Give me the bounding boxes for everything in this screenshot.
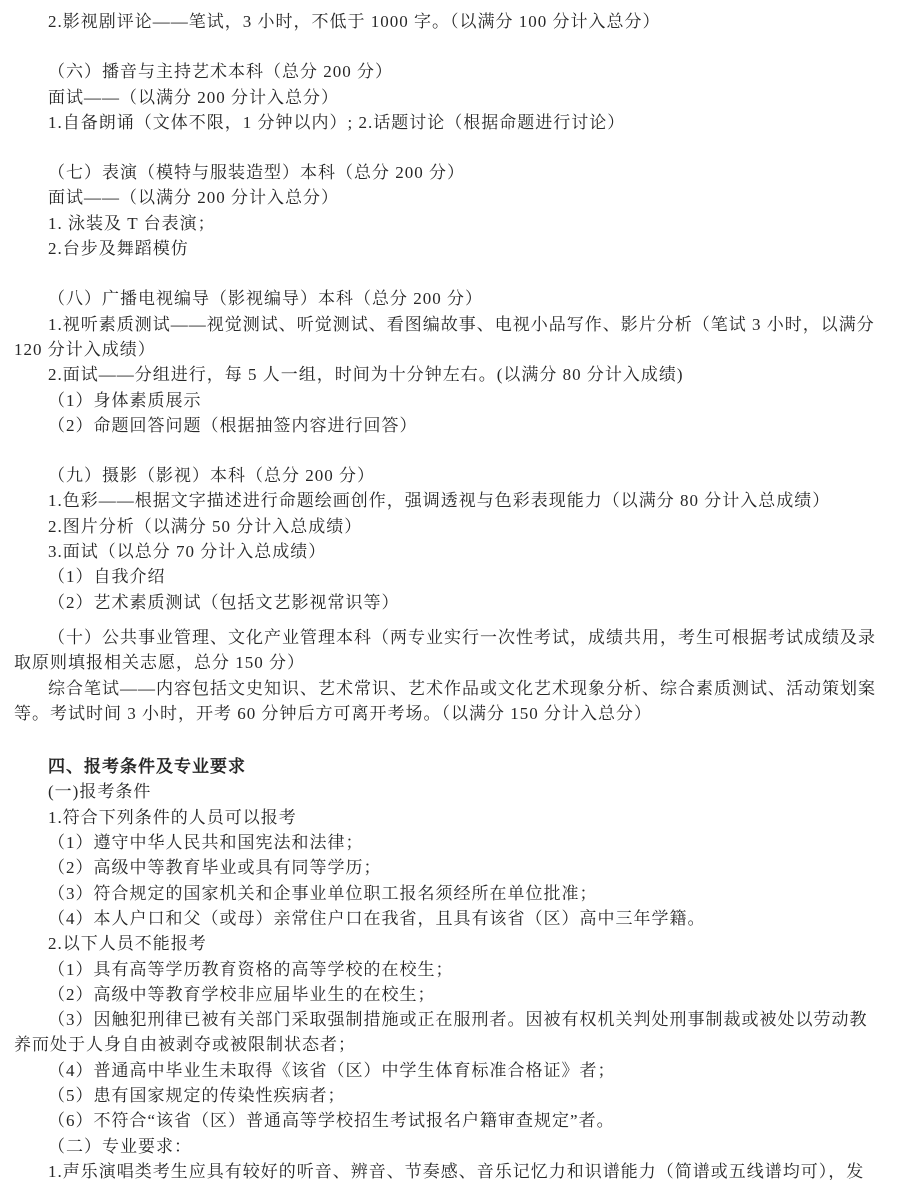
section-8-sub-item-2: （2）命题回答问题（根据抽签内容进行回答）: [14, 413, 885, 438]
section-6-interview-line: 面试——（以满分 200 分计入总分）: [14, 85, 885, 110]
ineligible-item-4: （4）普通高中毕业生未取得《该省（区）中学生体育标准合格证》者；: [14, 1058, 885, 1083]
eligible-item-4: （4）本人户口和父（或母）亲常住户口在我省，且具有该省（区）高中三年学籍。: [14, 906, 885, 931]
section-8-item-1: 1.视听素质测试——视觉测试、听觉测试、看图编故事、电视小品写作、影片分析（笔试…: [14, 312, 885, 363]
section-8-item-2: 2.面试——分组进行，每 5 人一组，时间为十分钟左右。(以满分 80 分计入成…: [14, 362, 885, 387]
professional-requirements-subhead: （二）专业要求：: [14, 1134, 885, 1159]
ineligible-item-2: （2）高级中等教育学校非应届毕业生的在校生；: [14, 982, 885, 1007]
ineligible-item-5: （5）患有国家规定的传染性疾病者；: [14, 1083, 885, 1108]
eligible-intro: 1.符合下列条件的人员可以报考: [14, 805, 885, 830]
section-7-item-2: 2.台步及舞蹈模仿: [14, 236, 885, 261]
ineligible-intro: 2.以下人员不能报考: [14, 931, 885, 956]
section-9-item-1: 1.色彩——根据文字描述进行命题绘画创作，强调透视与色彩表现能力（以满分 80 …: [14, 488, 885, 513]
section-6-broadcasting-hosting-title: （六）播音与主持艺术本科（总分 200 分）: [14, 59, 885, 84]
section-9-sub-item-1: （1）自我介绍: [14, 564, 885, 589]
ineligible-item-3: （3）因触犯刑律已被有关部门采取强制措施或正在服刑者。因被有权机关判处刑事制裁或…: [14, 1007, 885, 1058]
section-7-acting-title: （七）表演（模特与服装造型）本科（总分 200 分）: [14, 160, 885, 185]
section-7-interview-line: 面试——（以满分 200 分计入总分）: [14, 185, 885, 210]
section-10-public-admin-title: （十）公共事业管理、文化产业管理本科（两专业实行一次性考试，成绩共用，考生可根据…: [14, 625, 885, 676]
application-conditions-subhead: (一)报考条件: [14, 779, 885, 804]
chapter-4-heading: 四、报考条件及专业要求: [14, 754, 885, 779]
ineligible-item-6: （6）不符合“该省（区）普通高等学校招生考试报名户籍审查规定”者。: [14, 1108, 885, 1133]
vocal-requirement-line: 1.声乐演唱类考生应具有较好的听音、辨音、节奏感、音乐记忆力和识谱能力（简谱或五…: [14, 1159, 885, 1180]
section-8-sub-item-1: （1）身体素质展示: [14, 388, 885, 413]
section-9-item-2: 2.图片分析（以满分 50 分计入总成绩）: [14, 514, 885, 539]
document-page: 2.影视剧评论——笔试，3 小时，不低于 1000 字。（以满分 100 分计入…: [0, 0, 897, 1180]
eligible-item-2: （2）高级中等教育毕业或具有同等学历；: [14, 855, 885, 880]
section-9-sub-item-2: （2）艺术素质测试（包括文艺影视常识等）: [14, 590, 885, 615]
ineligible-item-1: （1）具有高等学历教育资格的高等学校的在校生；: [14, 957, 885, 982]
section-9-item-3: 3.面试（以总分 70 分计入总成绩）: [14, 539, 885, 564]
section-6-items: 1.自备朗诵（文体不限，1 分钟以内）; 2.话题讨论（根据命题进行讨论）: [14, 110, 885, 135]
eligible-item-1: （1）遵守中华人民共和国宪法和法律；: [14, 830, 885, 855]
section-10-written-test: 综合笔试——内容包括文史知识、艺术常识、艺术作品或文化艺术现象分析、综合素质测试…: [14, 676, 885, 727]
eligible-item-3: （3）符合规定的国家机关和企事业单位职工报名须经所在单位批准；: [14, 881, 885, 906]
section-7-item-1: 1. 泳装及 T 台表演；: [14, 211, 885, 236]
section-9-photography-title: （九）摄影（影视）本科（总分 200 分）: [14, 463, 885, 488]
film-tv-review-item: 2.影视剧评论——笔试，3 小时，不低于 1000 字。（以满分 100 分计入…: [14, 9, 885, 34]
section-8-radio-tv-directing-title: （八）广播电视编导（影视编导）本科（总分 200 分）: [14, 286, 885, 311]
